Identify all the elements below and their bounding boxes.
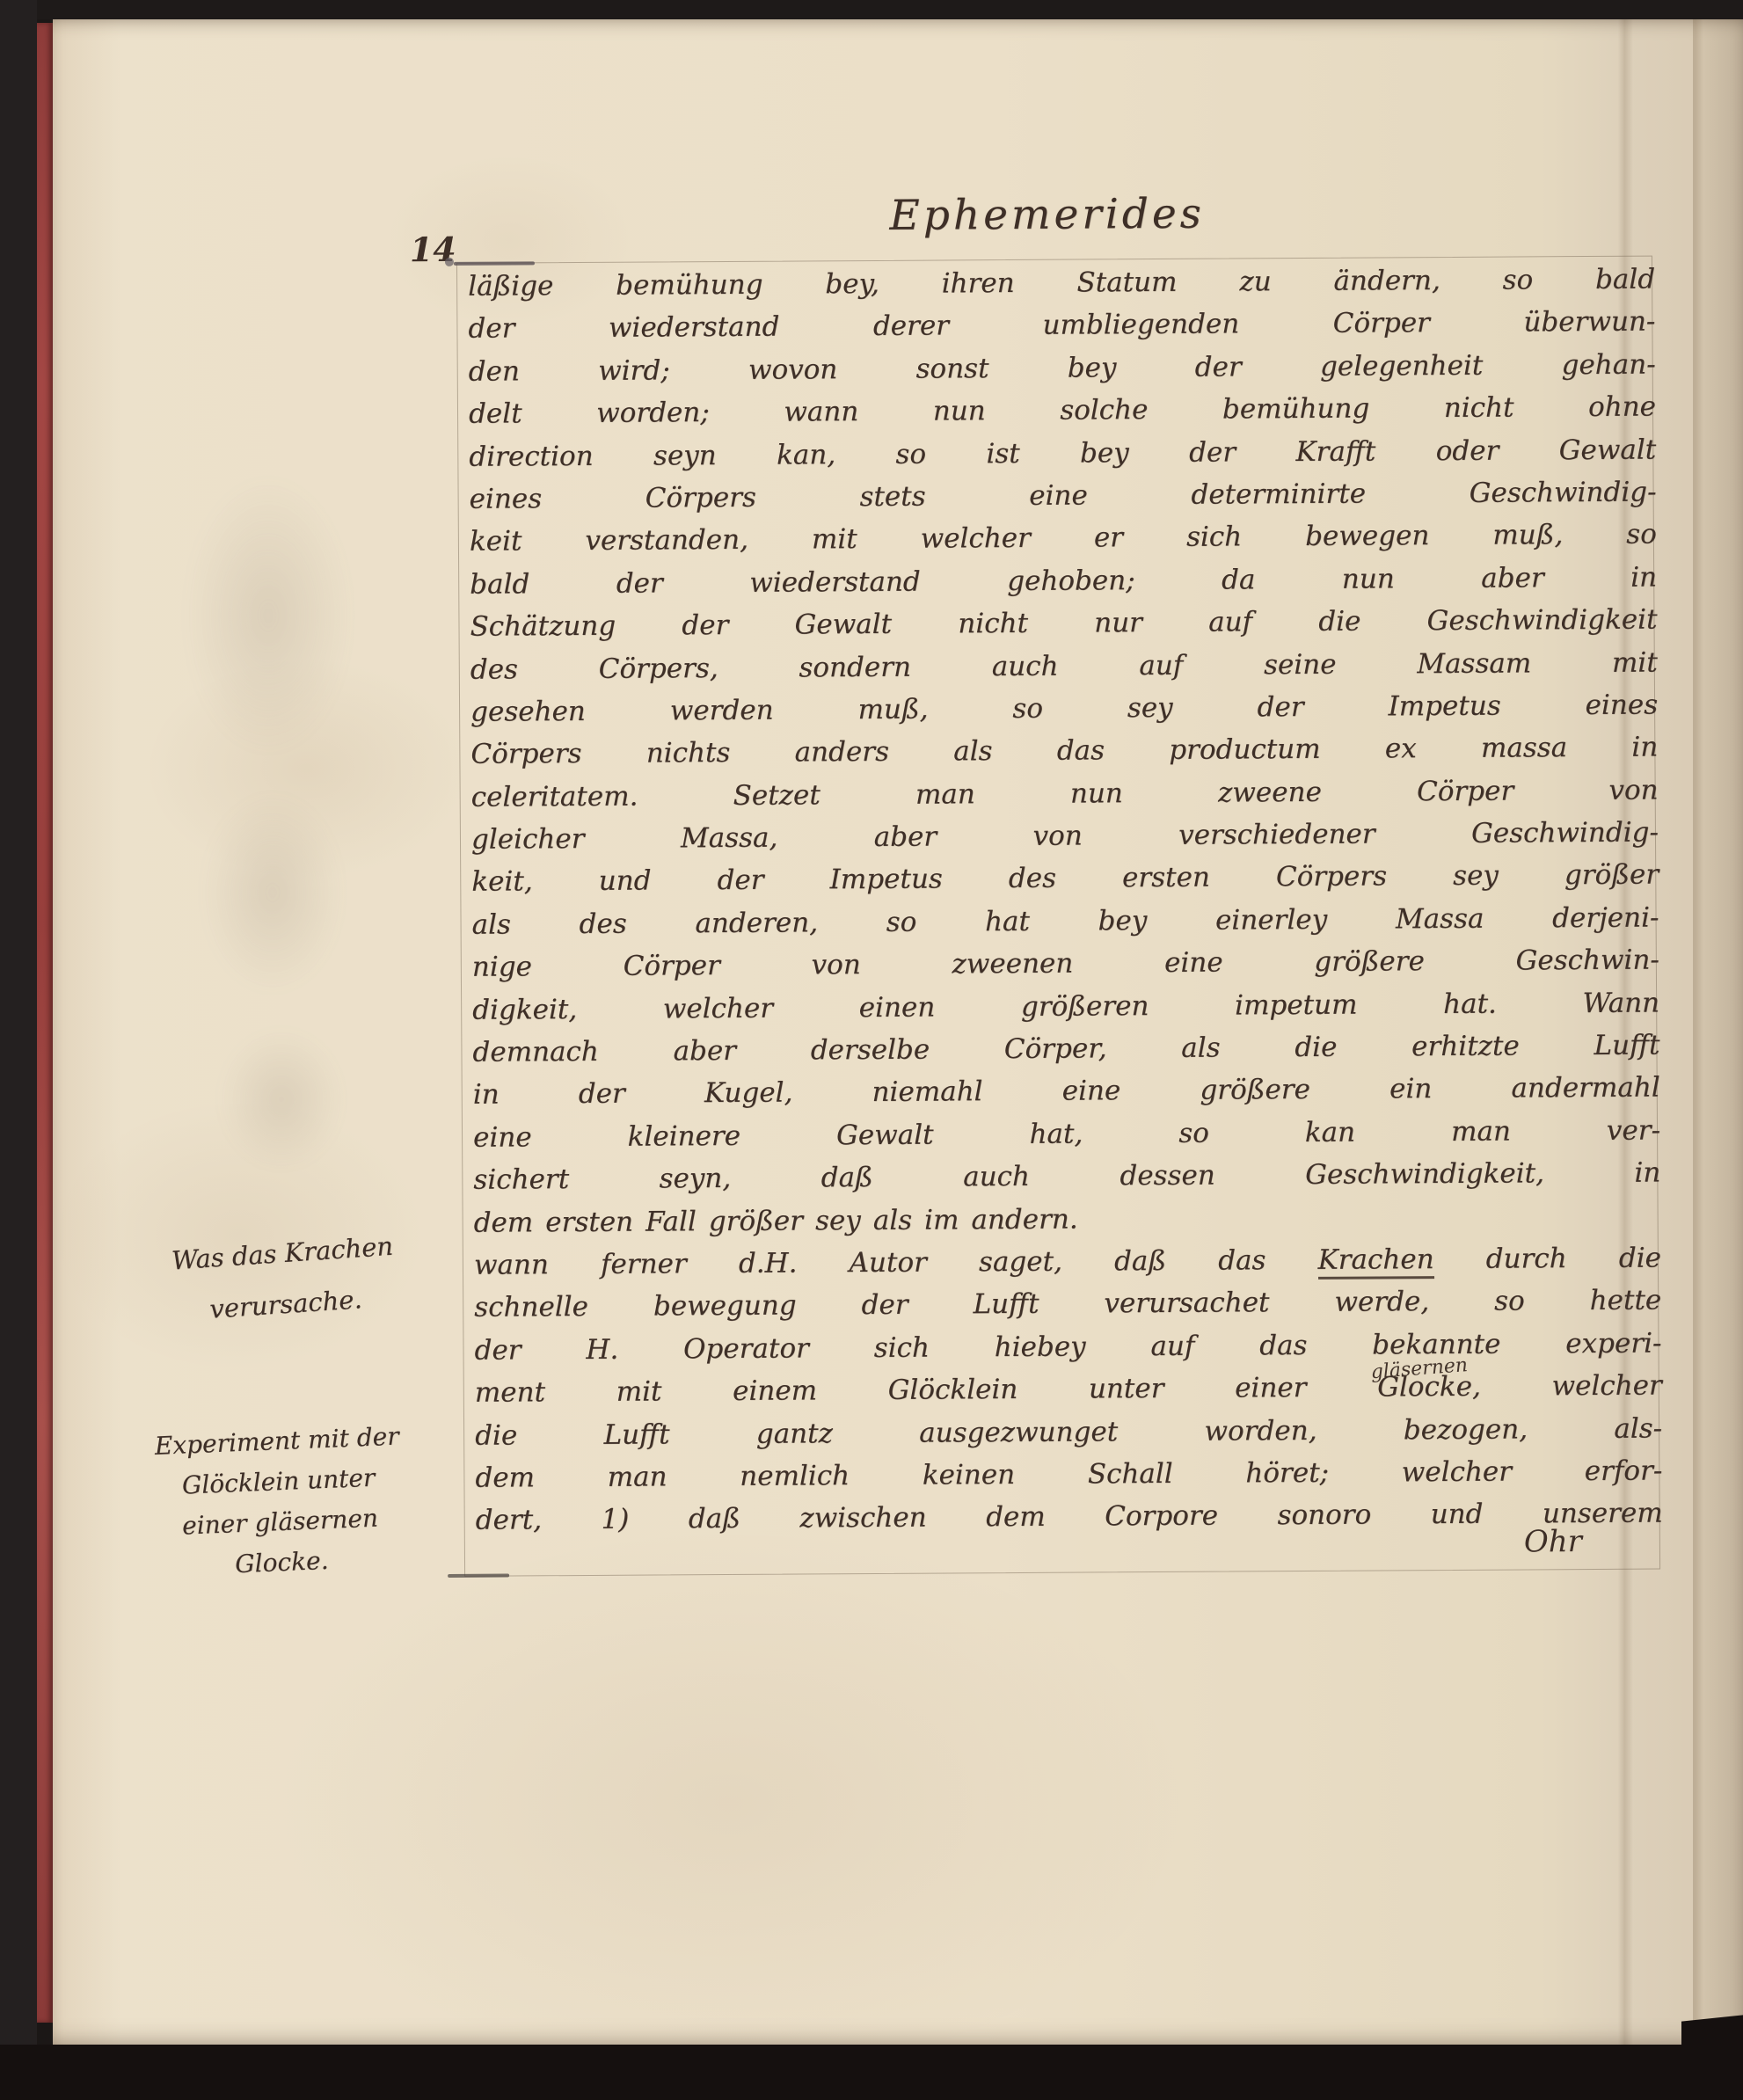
manuscript-line: demnachaberderselbeCörper,alsdieerhitzte… bbox=[472, 1030, 1659, 1080]
word: schnelle bbox=[474, 1291, 588, 1323]
word: die bbox=[1294, 1032, 1337, 1063]
word: gesehen bbox=[470, 696, 586, 728]
word: welcher bbox=[921, 522, 1032, 555]
word: wiederstand bbox=[609, 311, 780, 344]
manuscript-line: inderKugel,niemahleinegrößereeinandermah… bbox=[473, 1072, 1660, 1122]
word: Schätzung bbox=[470, 610, 616, 643]
page-title: Ephemerides bbox=[862, 189, 1231, 240]
word: der bbox=[468, 313, 514, 345]
manuscript-line: desCörpers,sondernauchaufseineMassammit bbox=[470, 646, 1658, 696]
word: Cörper bbox=[1417, 775, 1513, 807]
word: Glöcklein bbox=[888, 1374, 1018, 1406]
frame-ink-stub-top bbox=[454, 261, 535, 266]
word: niemahl bbox=[871, 1076, 982, 1109]
word: gehoben; bbox=[1007, 565, 1135, 597]
word: auch bbox=[992, 650, 1059, 682]
word: celeritatem. bbox=[471, 780, 638, 813]
word: ihren bbox=[942, 267, 1015, 300]
word: bemühung bbox=[1222, 393, 1370, 426]
word: wann bbox=[474, 1249, 549, 1281]
word: verursachet bbox=[1104, 1287, 1269, 1320]
word: bezogen, bbox=[1404, 1413, 1528, 1446]
word: man bbox=[1451, 1115, 1511, 1147]
word: ändern, bbox=[1333, 265, 1440, 297]
word: nichts bbox=[646, 737, 731, 769]
word: sondern bbox=[799, 651, 911, 683]
word: so bbox=[1178, 1117, 1209, 1148]
word: bald bbox=[1595, 264, 1655, 295]
manuscript-line: keit,undderImpetusdeserstenCörpersseygrö… bbox=[471, 859, 1659, 909]
word: daß bbox=[1114, 1245, 1166, 1277]
word: der bbox=[1189, 436, 1236, 468]
word: da bbox=[1222, 564, 1256, 595]
word: werden bbox=[670, 695, 774, 727]
word: verschiedener bbox=[1178, 819, 1375, 851]
word: derjeni- bbox=[1552, 901, 1659, 934]
manuscript-line: keitverstanden,mitwelcherersichbewegenmu… bbox=[470, 519, 1657, 569]
word: sonoro bbox=[1277, 1499, 1371, 1532]
word: der bbox=[579, 1078, 625, 1110]
word: solche bbox=[1060, 394, 1148, 427]
word: die bbox=[475, 1419, 517, 1451]
word: Schall bbox=[1088, 1458, 1173, 1491]
word: so bbox=[1626, 519, 1657, 551]
word: von bbox=[811, 949, 860, 981]
word: Cörper, bbox=[1004, 1032, 1107, 1065]
word: und bbox=[599, 865, 652, 897]
word: hat. bbox=[1443, 988, 1497, 1019]
word: nun bbox=[933, 395, 986, 427]
word: welcher bbox=[1402, 1456, 1513, 1489]
word: das bbox=[1218, 1244, 1265, 1276]
word: nicht bbox=[1444, 392, 1514, 424]
word: impetum bbox=[1235, 988, 1358, 1021]
word: andermahl bbox=[1511, 1072, 1659, 1105]
word: umbliegenden bbox=[1042, 309, 1239, 341]
word: Cörpers, bbox=[599, 653, 718, 685]
word: daß bbox=[689, 1503, 740, 1535]
word: so bbox=[895, 438, 926, 470]
word: von bbox=[1032, 820, 1082, 852]
word: größer bbox=[709, 1205, 803, 1237]
word: auf bbox=[1208, 606, 1252, 638]
word: Corpore bbox=[1105, 1500, 1218, 1533]
word: bewegen bbox=[1305, 520, 1429, 552]
word: dem bbox=[474, 1207, 534, 1238]
word: wird; bbox=[598, 354, 670, 386]
underlined-word: Krachen bbox=[1317, 1243, 1433, 1280]
word: wann bbox=[784, 396, 858, 428]
manuscript-line: alsdesanderen,sohatbeyeinerleyMassaderje… bbox=[471, 901, 1659, 952]
word: sey bbox=[815, 1205, 861, 1236]
word: auf bbox=[1139, 649, 1183, 681]
word: eine bbox=[1062, 1076, 1121, 1107]
word: dessen bbox=[1119, 1160, 1215, 1192]
word: welcher bbox=[663, 992, 774, 1024]
frame-ink-stub-bottom bbox=[448, 1574, 509, 1578]
word: muß, bbox=[1492, 520, 1563, 551]
word: nun bbox=[1342, 563, 1395, 594]
word: Geschwindigkeit, bbox=[1305, 1158, 1544, 1192]
word: massa bbox=[1481, 732, 1567, 764]
word: zweenen bbox=[952, 948, 1073, 981]
word: größeren bbox=[1021, 990, 1149, 1023]
word: Lufft bbox=[1593, 1030, 1659, 1061]
word: hat, bbox=[1029, 1118, 1083, 1149]
word: bey bbox=[1098, 905, 1148, 937]
word: Krafft bbox=[1295, 435, 1375, 468]
frame-ink-dot bbox=[445, 258, 454, 266]
word: keinen bbox=[923, 1459, 1016, 1491]
word: keit bbox=[470, 526, 522, 558]
manuscript-line: digkeit,welchereinengrößerenimpetumhat.W… bbox=[472, 987, 1659, 1037]
word: gehan- bbox=[1561, 348, 1655, 381]
word: welcher bbox=[1551, 1370, 1662, 1403]
manuscript-line: baldderwiederstandgehoben;danunaberin bbox=[470, 561, 1657, 611]
word: productum bbox=[1169, 733, 1321, 766]
word: keit, bbox=[471, 866, 533, 898]
word: sichert bbox=[473, 1163, 569, 1196]
word: Impetus bbox=[830, 864, 943, 896]
word: ausgezwunget bbox=[919, 1416, 1118, 1448]
word: gelegenheit bbox=[1320, 350, 1484, 383]
word: dem bbox=[475, 1462, 535, 1493]
manuscript-line: einekleinereGewalthat,sokanmanver- bbox=[473, 1114, 1660, 1164]
word: Gewalt bbox=[794, 609, 892, 641]
word: ohne bbox=[1588, 391, 1656, 423]
word: Massa bbox=[1396, 903, 1484, 936]
word: des bbox=[470, 653, 518, 685]
word: mit bbox=[812, 523, 857, 555]
catchword: Ohr bbox=[1524, 1524, 1582, 1559]
word: seine bbox=[1264, 648, 1337, 681]
word: man bbox=[608, 1461, 667, 1492]
word: so bbox=[1012, 693, 1043, 725]
word: aber bbox=[1481, 562, 1544, 594]
word: Gewalt bbox=[1559, 434, 1657, 466]
word: Geschwindig- bbox=[1471, 817, 1659, 849]
word: Massa, bbox=[681, 822, 778, 855]
manuscript-line: wannfernerd.H.Autorsaget,daßdasKrachendu… bbox=[474, 1243, 1661, 1293]
margin-note-bell-jar-experiment: Experiment mit der Glöcklein unter einer… bbox=[122, 1415, 436, 1589]
word: oder bbox=[1436, 434, 1499, 466]
word: bey bbox=[1080, 437, 1129, 469]
word: in bbox=[1630, 561, 1657, 593]
manuscript-line: einesCörpersstetseinedeterminirteGeschwi… bbox=[470, 476, 1657, 526]
word: einerley bbox=[1215, 904, 1327, 937]
word: eines bbox=[470, 483, 543, 515]
manuscript-line: directionseynkan,soistbeyderKrafftoderGe… bbox=[469, 434, 1656, 484]
word: der bbox=[682, 609, 728, 641]
word: einer bbox=[1235, 1372, 1307, 1404]
word: ver- bbox=[1607, 1114, 1660, 1146]
word: ist bbox=[986, 438, 1020, 470]
word: in bbox=[473, 1079, 500, 1111]
word: das bbox=[1259, 1330, 1307, 1361]
word: die bbox=[1619, 1243, 1661, 1274]
word: Cörpers bbox=[1276, 861, 1387, 893]
word: man bbox=[915, 778, 975, 810]
word: er bbox=[1094, 522, 1123, 554]
word: auch bbox=[963, 1161, 1030, 1192]
manuscript-line: celeritatem.SetzetmannunzweeneCörpervon bbox=[471, 774, 1659, 824]
word: ex bbox=[1385, 733, 1417, 765]
word: so bbox=[1502, 264, 1533, 295]
manuscript-line: derwiederstanddererumbliegendenCörperübe… bbox=[468, 306, 1655, 356]
word: demnach bbox=[472, 1036, 599, 1068]
word: als- bbox=[1614, 1412, 1662, 1444]
word: als bbox=[873, 1204, 913, 1236]
word: seyn bbox=[653, 440, 717, 471]
word: der bbox=[474, 1334, 521, 1366]
word: hiebey bbox=[995, 1331, 1086, 1363]
word: Cörper bbox=[624, 950, 720, 982]
word: aber bbox=[874, 821, 937, 853]
word: eine bbox=[1164, 947, 1223, 979]
manuscript-line: demerstenFallgrößerseyalsimandern. bbox=[474, 1199, 1661, 1250]
word: kleinere bbox=[628, 1120, 741, 1153]
word: als bbox=[471, 908, 511, 940]
word: stets bbox=[859, 481, 925, 513]
word: des bbox=[579, 908, 626, 940]
word: Lufft bbox=[603, 1418, 669, 1450]
manuscript-line: gleicherMassa,abervonverschiedenerGeschw… bbox=[471, 817, 1659, 867]
word: ersten bbox=[1122, 862, 1210, 894]
word: gleicher bbox=[471, 823, 585, 856]
word: hette bbox=[1590, 1285, 1662, 1316]
word: die bbox=[1318, 606, 1360, 638]
manuscript-line: sichertseyn,daßauchdessenGeschwindigkeit… bbox=[473, 1157, 1660, 1207]
word: Setzet bbox=[733, 779, 820, 812]
word: größere bbox=[1200, 1074, 1310, 1106]
word: und bbox=[1431, 1498, 1484, 1530]
word: der bbox=[1257, 691, 1303, 723]
word: so bbox=[1494, 1286, 1525, 1317]
word: bey bbox=[1068, 352, 1117, 383]
word: der bbox=[1195, 351, 1242, 383]
word: Cörpers bbox=[470, 738, 581, 770]
word: bewegung bbox=[653, 1290, 797, 1323]
word: nemlich bbox=[740, 1460, 850, 1492]
manuscript-line: gesehenwerdenmuß,soseyderImpetuseines bbox=[470, 689, 1658, 739]
word: Lufft bbox=[973, 1288, 1039, 1320]
word: direction bbox=[469, 440, 594, 472]
word: Wann bbox=[1582, 987, 1659, 1019]
word: 1) bbox=[601, 1504, 629, 1535]
word: nicht bbox=[958, 608, 1028, 639]
word: kan, bbox=[777, 439, 835, 470]
word: ein bbox=[1389, 1074, 1432, 1105]
word: Statum bbox=[1076, 266, 1177, 299]
manuscript-line: nigeCörpervonzweeneneinegrößereGeschwin- bbox=[472, 944, 1659, 995]
manuscript-line: derH.Operatorsichhiebeyaufdasbekannteexp… bbox=[474, 1327, 1661, 1377]
manuscript-line: läßigebemühungbey,ihrenStatumzuändern,so… bbox=[468, 264, 1655, 314]
word: anders bbox=[794, 736, 889, 769]
word: Cörpers bbox=[645, 482, 756, 514]
word: eines bbox=[1585, 689, 1658, 721]
word: unter bbox=[1089, 1373, 1164, 1405]
word: aber bbox=[673, 1035, 736, 1067]
word: eine bbox=[473, 1121, 532, 1153]
word: andern. bbox=[971, 1203, 1077, 1236]
word: kan bbox=[1305, 1116, 1355, 1148]
manuscript-line: demmannemlichkeinenSchallhöret;welcherer… bbox=[475, 1455, 1662, 1505]
word: worden, bbox=[1204, 1414, 1316, 1447]
word: derselbe bbox=[811, 1034, 930, 1067]
word: digkeit, bbox=[472, 994, 577, 1026]
word: erfor- bbox=[1585, 1455, 1663, 1487]
word: nun bbox=[1070, 777, 1123, 809]
main-text-block: läßigebemühungbey,ihrenStatumzuändern,so… bbox=[468, 264, 1663, 1548]
word: einen bbox=[859, 991, 936, 1024]
word: Geschwindigkeit bbox=[1427, 604, 1658, 638]
word: determinirte bbox=[1191, 478, 1366, 511]
manuscript-line: Cörpersnichtsandersalsdasproductumexmass… bbox=[470, 732, 1658, 782]
word: ferner bbox=[601, 1248, 687, 1280]
word: sich bbox=[874, 1331, 930, 1363]
word: ersten bbox=[545, 1206, 633, 1238]
word: des bbox=[1009, 863, 1056, 894]
word: sey bbox=[1127, 692, 1173, 724]
word: als bbox=[1181, 1032, 1221, 1064]
word: sonst bbox=[915, 353, 988, 385]
manuscript-line: mentmiteinemGlöckleinuntereinerGlocke,we… bbox=[475, 1370, 1662, 1420]
word: einem bbox=[733, 1375, 817, 1408]
manuscript-line: deltworden;wannnunsolchebemühungnichtohn… bbox=[469, 391, 1656, 441]
word: zweene bbox=[1218, 777, 1322, 809]
word: zu bbox=[1239, 266, 1272, 297]
word: im bbox=[924, 1204, 959, 1236]
manuscript-line: schnellebewegungderLufftverursachetwerde… bbox=[474, 1285, 1661, 1335]
word: den bbox=[469, 355, 520, 387]
word: mit bbox=[616, 1376, 662, 1408]
word: Geschwindig- bbox=[1470, 476, 1657, 508]
word: eine bbox=[1029, 479, 1088, 511]
manuscript-photo: Ephemerides 14 läßigebemühungbey,ihrenSt… bbox=[0, 0, 1743, 2100]
word: das bbox=[1057, 735, 1105, 767]
word: experi- bbox=[1565, 1327, 1661, 1360]
word: sich bbox=[1186, 521, 1242, 553]
word: Massam bbox=[1417, 647, 1531, 680]
word: dem bbox=[986, 1501, 1046, 1533]
manuscript-line: dieLufftgantzausgezwungetworden,bezogen,… bbox=[475, 1412, 1662, 1462]
word: saget, bbox=[979, 1246, 1062, 1279]
word: gantz bbox=[756, 1418, 833, 1450]
word: durch bbox=[1486, 1243, 1567, 1275]
word: bald bbox=[470, 568, 529, 600]
word: als bbox=[953, 735, 993, 767]
word: mit bbox=[1612, 646, 1658, 678]
word: Gewalt bbox=[836, 1119, 934, 1151]
word: derer bbox=[873, 310, 949, 343]
word: erhitzte bbox=[1411, 1031, 1520, 1063]
word: größere bbox=[1314, 945, 1425, 978]
manuscript-line: denwird;wovonsonstbeydergelegenheitgehan… bbox=[469, 348, 1656, 398]
word: daß bbox=[821, 1162, 873, 1193]
word: Geschwin- bbox=[1515, 944, 1659, 977]
word: Autor bbox=[849, 1247, 927, 1280]
manuscript-line: SchätzungderGewaltnichtnuraufdieGeschwin… bbox=[470, 604, 1657, 654]
word: zwischen bbox=[799, 1502, 927, 1535]
word: dert, bbox=[476, 1505, 543, 1536]
word: wiederstand bbox=[749, 565, 921, 598]
word: in bbox=[1631, 732, 1658, 763]
word: nur bbox=[1094, 607, 1142, 638]
word: Fall bbox=[645, 1206, 696, 1237]
word: läßige bbox=[468, 270, 553, 303]
word: in bbox=[1634, 1157, 1660, 1189]
word: H. bbox=[586, 1334, 618, 1366]
word: werde, bbox=[1334, 1287, 1429, 1319]
word: verstanden, bbox=[585, 524, 748, 557]
word: größer bbox=[1564, 859, 1659, 892]
manuscript-line: dert,1)daßzwischendemCorporesonorounduns… bbox=[476, 1498, 1663, 1548]
word: der bbox=[717, 864, 763, 896]
word: höret; bbox=[1245, 1457, 1329, 1490]
word: so bbox=[886, 907, 917, 938]
word: überwun- bbox=[1523, 306, 1655, 339]
word: ment bbox=[475, 1376, 545, 1408]
word: delt bbox=[469, 398, 522, 430]
word: nige bbox=[472, 952, 532, 983]
word: sey bbox=[1453, 860, 1499, 892]
word: seyn, bbox=[659, 1163, 731, 1194]
word: muß, bbox=[857, 694, 928, 726]
word: hat bbox=[985, 906, 1030, 937]
word: auf bbox=[1150, 1331, 1194, 1362]
word: anderen, bbox=[695, 907, 818, 939]
word: Operator bbox=[683, 1332, 809, 1365]
word: der bbox=[616, 567, 663, 599]
word: der bbox=[861, 1289, 908, 1321]
word: bemühung bbox=[616, 269, 763, 302]
written-area: Ephemerides 14 läßigebemühungbey,ihrenSt… bbox=[0, 0, 1743, 2100]
word: bey, bbox=[825, 268, 879, 300]
word: Kugel, bbox=[704, 1077, 793, 1110]
word: Impetus bbox=[1388, 690, 1500, 723]
word: d.H. bbox=[739, 1248, 798, 1280]
word: worden; bbox=[596, 397, 710, 429]
margin-note-cause-of-crack: Was das Krachen verursache. bbox=[123, 1217, 446, 1340]
word: Cörper bbox=[1333, 308, 1430, 340]
word: wovon bbox=[748, 354, 838, 386]
word: von bbox=[1608, 774, 1658, 806]
